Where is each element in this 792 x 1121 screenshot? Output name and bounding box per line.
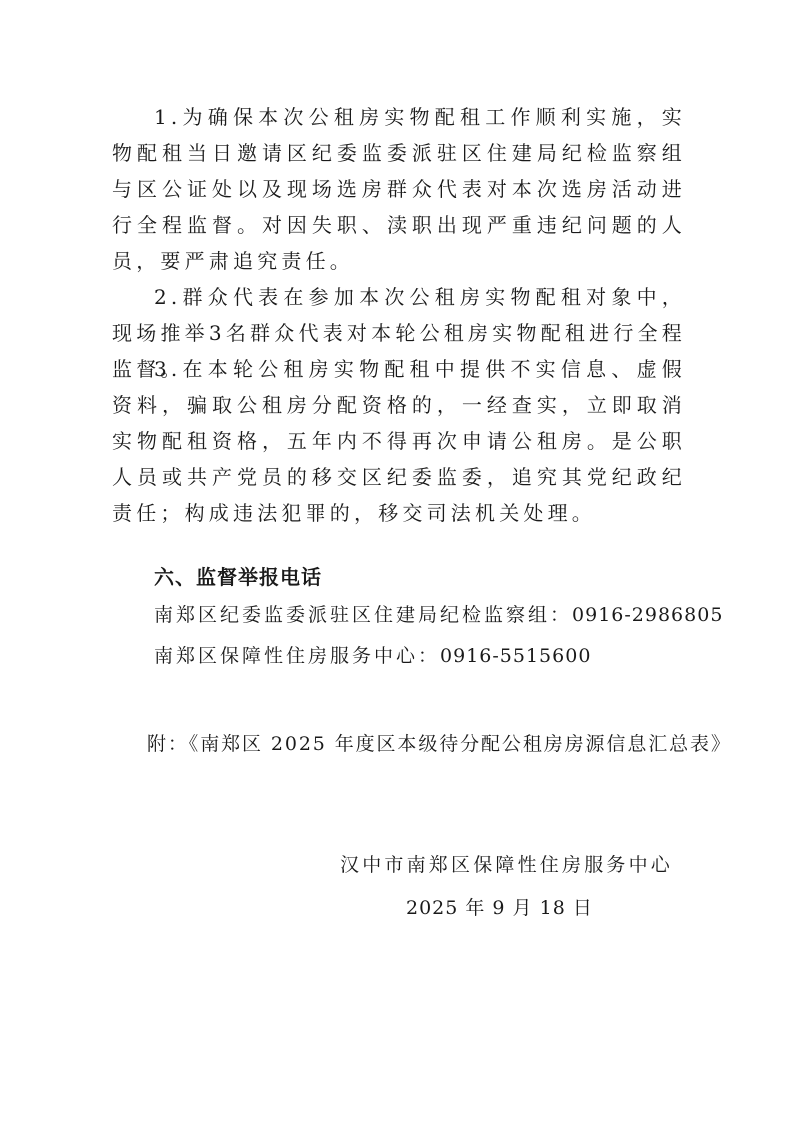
paragraph-number: 3. <box>154 357 181 381</box>
contact-line-housing-center: 南郑区保障性住房服务中心：0916-5515600 <box>154 642 591 670</box>
contact-line-discipline-group: 南郑区纪委监委派驻区住建局纪检监察组：0916-2986805 <box>154 601 723 629</box>
signature-organization: 汉中市南郑区保障性住房服务中心 <box>340 851 673 879</box>
paragraph-text: 在本轮公租房实物配租中提供不实信息、虚假资料，骗取公租房分配资格的，一经查实，立… <box>112 357 686 525</box>
paragraph-3: 3.在本轮公租房实物配租中提供不实信息、虚假资料，骗取公租房分配资格的，一经查实… <box>112 351 686 531</box>
paragraph-1: 1.为确保本次公租房实物配租工作顺利实施，实物配租当日邀请区纪委监委派驻区住建局… <box>112 99 686 279</box>
contact-label: 南郑区纪委监委派驻区住建局纪检监察组： <box>154 604 572 626</box>
paragraph-number: 1. <box>154 105 181 129</box>
paragraph-text: 为确保本次公租房实物配租工作顺利实施，实物配租当日邀请区纪委监委派驻区住建局纪检… <box>112 105 686 273</box>
attachment-note: 附：《南郑区 2025 年度区本级待分配公租房房源信息汇总表》 <box>147 730 732 758</box>
contact-label: 南郑区保障性住房服务中心： <box>154 645 440 667</box>
paragraph-number: 2. <box>154 285 181 309</box>
document-page: 1.为确保本次公租房实物配租工作顺利实施，实物配租当日邀请区纪委监委派驻区住建局… <box>0 0 792 1121</box>
contact-phone: 0916-2986805 <box>572 604 723 626</box>
contact-phone: 0916-5515600 <box>440 645 591 667</box>
signature-date: 2025 年 9 月 18 日 <box>406 894 593 922</box>
section-heading: 六、监督举报电话 <box>154 562 322 592</box>
